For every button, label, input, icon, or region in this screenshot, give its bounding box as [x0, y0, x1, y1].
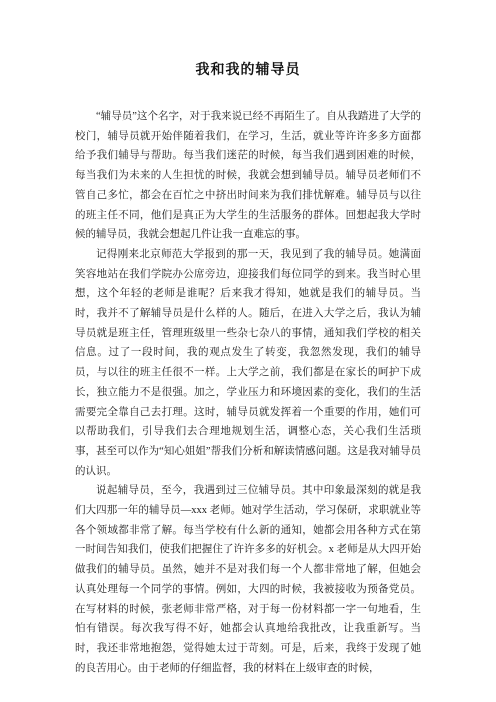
document-title: 我和我的辅导员 — [75, 60, 421, 82]
document-page: 我和我的辅导员 “辅导员”这个名字，对于我来说已经不再陌生了。自从我踏进了大学的… — [0, 0, 496, 702]
paragraph-first-meeting: 记得刚来北京师范大学报到的那一天，我见到了我的辅导员。她满面笑容地站在我们学院办… — [75, 245, 421, 481]
paragraph-intro: “辅导员”这个名字，对于我来说已经不再陌生了。自从我踏进了大学的校门，辅导员就开… — [75, 107, 421, 245]
paragraph-senior-year-counselor: 说起辅导员，至今，我遇到过三位辅导员。其中印象最深刻的就是我们大四那一年的辅导员… — [75, 481, 421, 678]
